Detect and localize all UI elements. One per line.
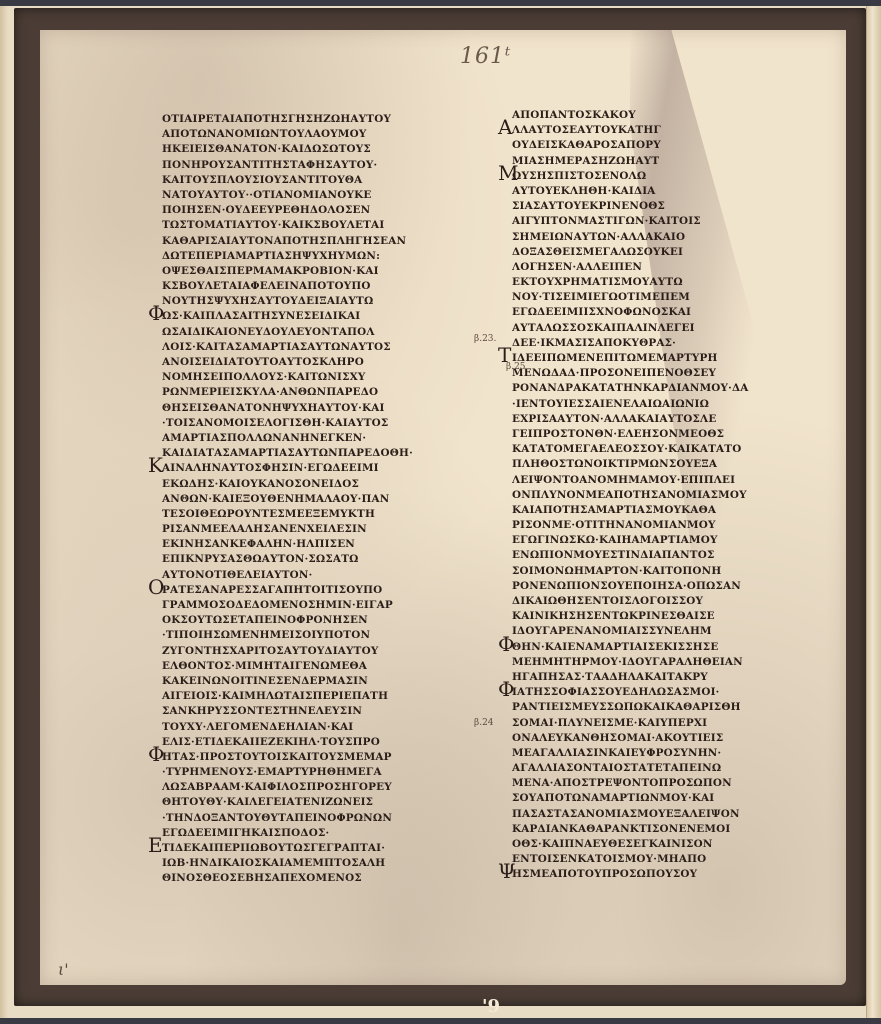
line-text: ΡΑΤΕΣΑΝΑΡΕΣΣΑΓΑΠΗΤΟΙΤΙΣΟΥΠΟ <box>162 584 382 596</box>
enlarged-initial: Κ <box>148 458 163 473</box>
text-line: ΚΑΙΑΠΟΤΗΣΑΜΑΡΤΙΑΣΜΟΥΚΑΘΑ <box>512 503 749 518</box>
text-line: ΑΜΑΡΤΙΑΣΠΟΛΛΩΝΑΝΗΝΕΓΚΕΝ· <box>162 431 413 446</box>
text-line: ΑΙΓΕΙΟΙΣ·ΚΑΙΜΗΛΩΤΑΙΣΠΕΡΙΕΠΑΤΗ <box>162 689 413 704</box>
text-line: ΟΚΣΟΥΤΩΣΕΤΑΠΕΙΝΟΦΡΟΝΗΣΕΝ <box>162 613 413 628</box>
text-line: ΕΚΤΟΥΧΡΗΜΑΤΙΣΜΟΥΑΥΤΩ <box>512 275 749 290</box>
text-line: ΚΑΙΤΟΥΣΠΛΟΥΣΙΟΥΣΑΝΤΙΤΟΥΘΑ <box>162 173 413 188</box>
text-line: ΦΩΣ·ΚΑΙΠΛΑΣΑΙΤΗΣΥΝΕΣΕΙΔΙΚΑΙ <box>162 309 413 324</box>
text-line: ΠΟΝΗΡΟΥΣΑΝΤΙΤΗΣΤΑΦΗΣΑΥΤΟΥ· <box>162 158 413 173</box>
line-text: ΑΙΝΑΛΗΝΑΥΤΟΣΦΗΣΙΝ·ΕΓΩΔΕΕΙΜΙ <box>162 462 379 474</box>
text-line: ΡΩΝΜΕΡΙΕΙΣΚΥΛΑ·ΑΝΘΩΝΠΑΡΕΔΟ <box>162 385 413 400</box>
corner-mark: ι' <box>58 960 69 979</box>
text-line: ΕΤΙΔΕΚΑΙΠΕΡΙΙΩΒΟΥΤΩΣΓΕΓΡΑΠΤΑΙ· <box>162 841 413 856</box>
text-line: ΕΓΩΓΙΝΩΣΚΩ·ΚΑΙΗΑΜΑΡΤΙΑΜΟΥ <box>512 533 749 548</box>
enlarged-initial: Ψ <box>498 864 516 879</box>
text-line: ΕΛΙΣ·ΕΤΙΔΕΚΑΙΙΕΖΕΚΙΗΛ·ΤΟΥΣΠΡΟ <box>162 735 413 750</box>
text-line: ΔΕΕ·ΙΚΜΑΣΙΣΑΠΟΚΥΘΡΑΣ· <box>512 336 749 351</box>
text-line: ΘΗΤΟΥΘΥ·ΚΑΙΛΕΓΕΙΑΤΕΝΙΖΩΝΕΙΣ <box>162 795 413 810</box>
text-line: ΙΩΒ·ΗΝΔΙΚΑΙΟΣΚΑΙΑΜΕΜΠΤΟΣΑΛΗ <box>162 856 413 871</box>
text-line: ΦΗΤΑΣ·ΠΡΟΣΤΟΥΤΟΙΣΚΑΙΤΟΥΣΜΕΜΑΡ <box>162 750 413 765</box>
text-line: ΙΔΟΥΓΑΡΕΝΑΝΟΜΙΑΙΣΣΥΝΕΛΗΜ <box>512 624 749 639</box>
marginal-note: β.25 <box>506 362 526 372</box>
text-line: ΕΝΩΠΙΟΝΜΟΥΕΣΤΙΝΔΙΑΠΑΝΤΟΣ <box>512 548 749 563</box>
text-line: ΟΤΙΑΙΡΕΤΑΙΑΠΟΤΗΣΓΗΣΗΖΩΗΑΥΤΟΥ <box>162 112 413 127</box>
text-line: ΡΙΣΟΝΜΕ·ΟΤΙΤΗΝΑΝΟΜΙΑΝΜΟΥ <box>512 518 749 533</box>
text-line: ΚΑΙΔΙΑΤΑΣΑΜΑΡΤΙΑΣΑΥΤΩΝΠΑΡΕΔΟΘΗ· <box>162 446 413 461</box>
line-text: ΗΤΑΣ·ΠΡΟΣΤΟΥΤΟΙΣΚΑΙΤΟΥΣΜΕΜΑΡ <box>162 751 392 763</box>
text-line: ΚΑΙΝΙΚΗΣΗΣΕΝΤΩΚΡΙΝΕΣΘΑΙΣΕ <box>512 609 749 624</box>
line-text: ΩΣ·ΚΑΙΠΛΑΣΑΙΤΗΣΥΝΕΣΕΙΔΙΚΑΙ <box>162 310 360 322</box>
text-line: ΣΙΑΣΑΥΤΟΥΕΚΡΙΝΕΝΟΘΣ <box>512 199 749 214</box>
text-line: ΕΚΙΝΗΣΑΝΚΕΦΑΛΗΝ·ΗΛΠΙΣΕΝ <box>162 537 413 552</box>
text-line: ΑΝΘΩΝ·ΚΑΙΕΞΟΥΘΕΝΗΜΑΛΑΟΥ·ΠΑΝ <box>162 492 413 507</box>
text-line: ΓΕΙΠΡΟΣΤΟΝΘΝ·ΕΛΕΗΣΟΝΜΕΟΘΣ <box>512 427 749 442</box>
text-line: ΛΩΣΑΒΡΑΑΜ·ΚΑΙΦΙΛΟΣΠΡΟΣΗΓΟΡΕΥ <box>162 780 413 795</box>
text-line: ΜΕΗΜΗΤΗΡΜΟΥ·ΙΔΟΥΓΑΡΑΛΗΘΕΙΑΝ <box>512 655 749 670</box>
text-line: ΤΩΣΤΟΜΑΤΙΑΥΤΟΥ·ΚΑΙΚΣΒΟΥΛΕΤΑΙ <box>162 218 413 233</box>
text-line: ΣΗΜΕΙΩΝΑΥΤΩΝ·ΑΛΛΑΚΑΙΟ <box>512 230 749 245</box>
text-line: ΔΩΤΕΠΕΡΙΑΜΑΡΤΙΑΣΗΨΥΧΗΥΜΩΝ: <box>162 249 413 264</box>
text-line: ΠΛΗΘΟΣΤΩΝΟΙΚΤΙΡΜΩΝΣΟΥΕΞΑ <box>512 457 749 472</box>
text-line: ΟΡΑΤΕΣΑΝΑΡΕΣΣΑΓΑΠΗΤΟΙΤΙΣΟΥΠΟ <box>162 583 413 598</box>
enlarged-initial: Α <box>498 120 513 135</box>
text-line: ΚΑΡΔΙΑΝΚΑΘΑΡΑΝΚΤΙΣΟΝΕΝΕΜΟΙ <box>512 822 749 837</box>
text-line: ΛΟΓΗΣΕΝ·ΑΛΛΕΙΠΕΝ <box>512 260 749 275</box>
text-line: ΑΠΟΤΩΝΑΝΟΜΙΩΝΤΟΥΛΑΟΥΜΟΥ <box>162 127 413 142</box>
text-line: ·ΤΥΡΗΜΕΝΟΥΣ·ΕΜΑΡΤΥΡΗΘΗΜΕΓΑ <box>162 765 413 780</box>
text-line: ΘΙΝΟΣΘΕΟΣΕΒΗΣΑΠΕΧΟΜΕΝΟΣ <box>162 871 413 886</box>
mount-edge-left <box>0 6 8 1018</box>
enlarged-initial: Φ <box>498 682 515 697</box>
line-text: ΙΔΕΕΙΠΩΜΕΝΕΠΙΤΩΜΕΜΑΡΤΥΡΗ <box>512 352 718 364</box>
text-line: ΑΛΛΑΥΤΟΣΕΑΥΤΟΥΚΑΤΗΓ <box>512 123 749 138</box>
marginal-note: β.23. <box>474 334 496 344</box>
text-line: ·ΤΗΝΔΟΞΑΝΤΟΥΘΥΤΑΠΕΙΝΟΦΡΩΝΩΝ <box>162 811 413 826</box>
manuscript-leaf: 161ᵗ ι' ΟΤΙΑΙΡΕΤΑΙΑΠΟΤΗΣΓΗΣΗΖΩΗΑΥΤΟΥΑΠΟΤ… <box>40 30 846 985</box>
text-line: ΟΝΑΛΕΥΚΑΝΘΗΣΟΜΑΙ·ΑΚΟΥΤΙΕΙΣ <box>512 731 749 746</box>
text-line: ·ΙΕΝΤΟΥΙΕΣΣΑΙΕΝΕΛΑΙΩΑΙΩΝΙΩ <box>512 397 749 412</box>
text-line: ΤΕΣΟΙΘΕΩΡΟΥΝΤΕΣΜΕΕΞΕΜΥΚΤΗ <box>162 507 413 522</box>
text-line: ΑΥΤΟΥΕΚΛΗΘΗ·ΚΑΙΔΙΑ <box>512 184 749 199</box>
text-line: ΦΘΗΝ·ΚΑΙΕΝΑΜΑΡΤΙΑΙΣΕΚΙΣΣΗΣΕ <box>512 640 749 655</box>
text-line: ΦΙΑΤΗΣΣΟΦΙΑΣΣΟΥΕΔΗΛΩΣΑΣΜΟΙ· <box>512 685 749 700</box>
text-line: ΡΙΣΑΝΜΕΕΛΑΛΗΣΑΝΕΝΧΕΙΛΕΣΙΝ <box>162 522 413 537</box>
text-line: ΤΟΥΧΥ·ΛΕΓΟΜΕΝΔΕΗΛΙΑΝ·ΚΑΙ <box>162 720 413 735</box>
text-line: ΖΥΓΟΝΤΗΣΧΑΡΙΤΟΣΑΥΤΟΥΔΙΑΥΤΟΥ <box>162 644 413 659</box>
text-line: ΤΙΔΕΕΙΠΩΜΕΝΕΠΙΤΩΜΕΜΑΡΤΥΡΗ <box>512 351 749 366</box>
text-line: ΟΘΣ·ΚΑΙΠΝΑΕΥΘΕΣΕΓΚΑΙΝΙΣΟΝ <box>512 837 749 852</box>
text-line: ΜΕΝΩΔΑΔ·ΠΡΟΣΟΝΕΙΠΕΝΟΘΣΕΥ <box>512 366 749 381</box>
text-line: ΕΠΙΚΝΡΥΣΑΣΘΩΑΥΤΟΝ·ΣΩΣΑΤΩ <box>162 552 413 567</box>
text-line: ΜΩΥΣΗΣΠΙΣΤΟΣΕΝΟΛΩ <box>512 169 749 184</box>
text-line: ΛΕΙΨΟΝΤΟΑΝΟΜΗΜΑΜΟΥ·ΕΠΙΠΛΕΙ <box>512 473 749 488</box>
text-line: ΑΥΤΟΝΟΤΙΘΕΛΕΙΑΥΤΟΝ· <box>162 568 413 583</box>
text-line: ΚΑΤΑΤΟΜΕΓΑΕΛΕΟΣΣΟΥ·ΚΑΙΚΑΤΑΤΟ <box>512 442 749 457</box>
text-line: ΕΓΩΔΕΕΙΜΙΓΗΚΑΙΣΠΟΔΟΣ· <box>162 826 413 841</box>
text-line: ΝΟΥΤΗΣΨΥΧΗΣΑΥΤΟΥΔΕΙΞΑΙΑΥΤΩ <box>162 294 413 309</box>
line-text: ΗΣΜΕΑΠΟΤΟΥΠΡΟΣΩΠΟΥΣΟΥ <box>512 868 697 880</box>
text-line: ΗΓΑΠΗΣΑΣ·ΤΑΑΔΗΛΑΚΑΙΤΑΚΡΥ <box>512 670 749 685</box>
text-line: ΟΝΠΛΥΝΟΝΜΕΑΠΟΤΗΣΑΝΟΜΙΑΣΜΟΥ <box>512 488 749 503</box>
plate-number: '9 <box>482 996 500 1017</box>
text-line: ΝΟΥ·ΤΙΣΕΙΜΙΕΓΩΟΤΙΜΕΠΕΜ <box>512 290 749 305</box>
text-line: ΚΑΚΕΙΝΩΝΟΙΤΙΝΕΣΕΝΔΕΡΜΑΣΙΝ <box>162 674 413 689</box>
text-line: ΣΟΥΑΠΟΤΩΝΑΜΑΡΤΙΩΝΜΟΥ·ΚΑΙ <box>512 791 749 806</box>
text-line: ΔΙΚΑΙΩΘΗΣΕΝΤΟΙΣΛΟΓΟΙΣΣΟΥ <box>512 594 749 609</box>
text-line: ·ΤΟΙΣΑΝΟΜΟΙΣΕΛΟΓΙΣΘΗ·ΚΑΙΑΥΤΟΣ <box>162 416 413 431</box>
text-line: ΝΑΤΟΥΑΥΤΟΥ··ΟΤΙΑΝΟΜΙΑΝΟΥΚΕ <box>162 188 413 203</box>
text-column-right: ΑΠΟΠΑΝΤΟΣΚΑΚΟΥΑΛΛΑΥΤΟΣΕΑΥΤΟΥΚΑΤΗΓΟΥΔΕΙΣΚ… <box>512 108 749 883</box>
line-text: ΙΑΤΗΣΣΟΦΙΑΣΣΟΥΕΔΗΛΩΣΑΣΜΟΙ· <box>512 686 719 698</box>
text-line: ΚΑΘΑΡΙΣΑΙΑΥΤΟΝΑΠΟΤΗΣΠΛΗΓΗΣΕΑΝ <box>162 234 413 249</box>
text-line: ΕΧΡΙΣΑΑΥΤΟΝ·ΑΛΛΑΚΑΙΑΥΤΟΣΛΕ <box>512 412 749 427</box>
text-line: ΣΑΝΚΗΡΥΣΣΟΝΤΕΣΤΗΝΕΛΕΥΣΙΝ <box>162 704 413 719</box>
text-line: ΩΣΑΙΔΙΚΑΙΟΝΕΥΔΟΥΛΕΥΟΝΤΑΠΟΛ <box>162 325 413 340</box>
enlarged-initial: Φ <box>148 306 165 321</box>
text-line: ΗΚΕΙΕΙΣΘΑΝΑΤΟΝ·ΚΑΙΔΩΣΩΤΟΥΣ <box>162 142 413 157</box>
text-line: ΑΝΟΙΣΕΙΔΙΑΤΟΥΤΟΑΥΤΟΣΚΛΗΡΟ <box>162 355 413 370</box>
text-line: ΕΛΘΟΝΤΟΣ·ΜΙΜΗΤΑΙΓΕΝΩΜΕΘΑ <box>162 659 413 674</box>
text-line: ΡΑΝΤΙΕΙΣΜΕΥΣΣΩΠΩΚΑΙΚΑΘΑΡΙΣΘΗ <box>512 700 749 715</box>
enlarged-initial: Φ <box>148 747 165 762</box>
enlarged-initial: Τ <box>498 348 512 363</box>
text-line: ΑΥΤΑΛΩΣΣΟΣΚΑΙΠΑΛΙΝΛΕΓΕΙ <box>512 321 749 336</box>
text-line: ΝΟΜΗΣΕΙΠΟΛΛΟΥΣ·ΚΑΙΤΩΝΙΣΧΥ <box>162 370 413 385</box>
text-line: ΕΓΩΔΕΕΙΜΙΙΣΧΝΟΦΩΝΟΣΚΑΙ <box>512 305 749 320</box>
line-text: ΘΗΝ·ΚΑΙΕΝΑΜΑΡΤΙΑΙΣΕΚΙΣΣΗΣΕ <box>512 641 718 653</box>
text-line: ΡΟΝΑΝΔΡΑΚΑΤΑΤΗΝΚΑΡΔΙΑΝΜΟΥ·ΔΑ <box>512 381 749 396</box>
text-line: ΡΟΝΕΝΩΠΙΟΝΣΟΥΕΠΟΙΗΣΑ·ΟΠΩΣΑΝ <box>512 579 749 594</box>
line-text: ΤΙΔΕΚΑΙΠΕΡΙΙΩΒΟΥΤΩΣΓΕΓΡΑΠΤΑΙ· <box>162 842 385 854</box>
text-line: ΨΗΣΜΕΑΠΟΤΟΥΠΡΟΣΩΠΟΥΣΟΥ <box>512 867 749 882</box>
text-line: ΟΨΕΣΘΑΙΣΠΕΡΜΑΜΑΚΡΟΒΙΟΝ·ΚΑΙ <box>162 264 413 279</box>
text-line: ΕΚΩΔΗΣ·ΚΑΙΟΥΚΑΝΟΣΟΝΕΙΔΟΣ <box>162 477 413 492</box>
text-line: ΜΙΑΣΗΜΕΡΑΣΗΖΩΗΑΥΤ <box>512 154 749 169</box>
text-line: ΘΗΣΕΙΣΘΑΝΑΤΟΝΗΨΥΧΗΑΥΤΟΥ·ΚΑΙ <box>162 401 413 416</box>
enlarged-initial: Ε <box>148 838 163 853</box>
line-text: ΛΛΑΥΤΟΣΕΑΥΤΟΥΚΑΤΗΓ <box>512 124 661 136</box>
text-line: ΑΙΓΥΠΤΟΝΜΑΣΤΙΓΩΝ·ΚΑΙΤΟΙΣ <box>512 214 749 229</box>
marginal-note: β.24 <box>474 718 494 728</box>
enlarged-initial: Μ <box>498 166 519 181</box>
text-line: ΑΠΟΠΑΝΤΟΣΚΑΚΟΥ <box>512 108 749 123</box>
text-line: ΣΟΙΜΟΝΩΗΜΑΡΤΟΝ·ΚΑΙΤΟΠΟΝΗ <box>512 564 749 579</box>
mount-edge-right <box>866 6 881 1018</box>
text-line: ΔΟΞΑΣΘΕΙΣΜΕΓΑΛΩΣΟΥΚΕΙ <box>512 245 749 260</box>
enlarged-initial: Ο <box>148 580 165 595</box>
text-line: ΠΑΣΑΣΤΑΣΑΝΟΜΙΑΣΜΟΥΕΞΑΛΕΙΨΟΝ <box>512 807 749 822</box>
text-line: ΓΡΑΜΜΟΣΟΔΕΔΟΜΕΝΟΣΗΜΙΝ·ΕΙΓΑΡ <box>162 598 413 613</box>
text-line: ΛΟΙΣ·ΚΑΙΤΑΣΑΜΑΡΤΙΑΣΑΥΤΩΝΑΥΤΟΣ <box>162 340 413 355</box>
text-line: ΣΟΜΑΙ·ΠΛΥΝΕΙΣΜΕ·ΚΑΙΥΠΕΡΧΙ <box>512 716 749 731</box>
text-line: ΠΟΙΗΣΕΝ·ΟΥΔΕΕΥΡΕΘΗΔΟΛΟΣΕΝ <box>162 203 413 218</box>
photograph-frame: 161ᵗ ι' ΟΤΙΑΙΡΕΤΑΙΑΠΟΤΗΣΓΗΣΗΖΩΗΑΥΤΟΥΑΠΟΤ… <box>14 8 866 1006</box>
text-line: ΕΝΤΟΙΣΕΝΚΑΤΟΙΣΜΟΥ·ΜΗΑΠΟ <box>512 852 749 867</box>
text-line: ·ΤΙΠΟΙΗΣΩΜΕΝΗΜΕΙΣΟΙΥΠΟΤΟΝ <box>162 628 413 643</box>
text-line: ΜΕΑΓΑΛΛΙΑΣΙΝΚΑΙΕΥΦΡΟΣΥΝΗΝ· <box>512 746 749 761</box>
text-line: ΑΓΑΛΛΙΑΣΟΝΤΑΙΟΣΤΑΤΕΤΑΠΕΙΝΩ <box>512 761 749 776</box>
enlarged-initial: Φ <box>498 637 515 652</box>
folio-number: 161ᵗ <box>460 44 511 69</box>
text-line: ΚΑΙΝΑΛΗΝΑΥΤΟΣΦΗΣΙΝ·ΕΓΩΔΕΕΙΜΙ <box>162 461 413 476</box>
text-line: ΟΥΔΕΙΣΚΑΘΑΡΟΣΑΠΟΡΥ <box>512 138 749 153</box>
text-column-left: ΟΤΙΑΙΡΕΤΑΙΑΠΟΤΗΣΓΗΣΗΖΩΗΑΥΤΟΥΑΠΟΤΩΝΑΝΟΜΙΩ… <box>162 112 413 887</box>
line-text: ΩΥΣΗΣΠΙΣΤΟΣΕΝΟΛΩ <box>512 170 646 182</box>
text-line: ΚΣΒΟΥΛΕΤΑΙΑΦΕΛΕΙΝΑΠΟΤΟΥΠΟ <box>162 279 413 294</box>
text-line: ΜΕΝΑ·ΑΠΟΣΤΡΕΨΟΝΤΟΠΡΟΣΩΠΟΝ <box>512 776 749 791</box>
